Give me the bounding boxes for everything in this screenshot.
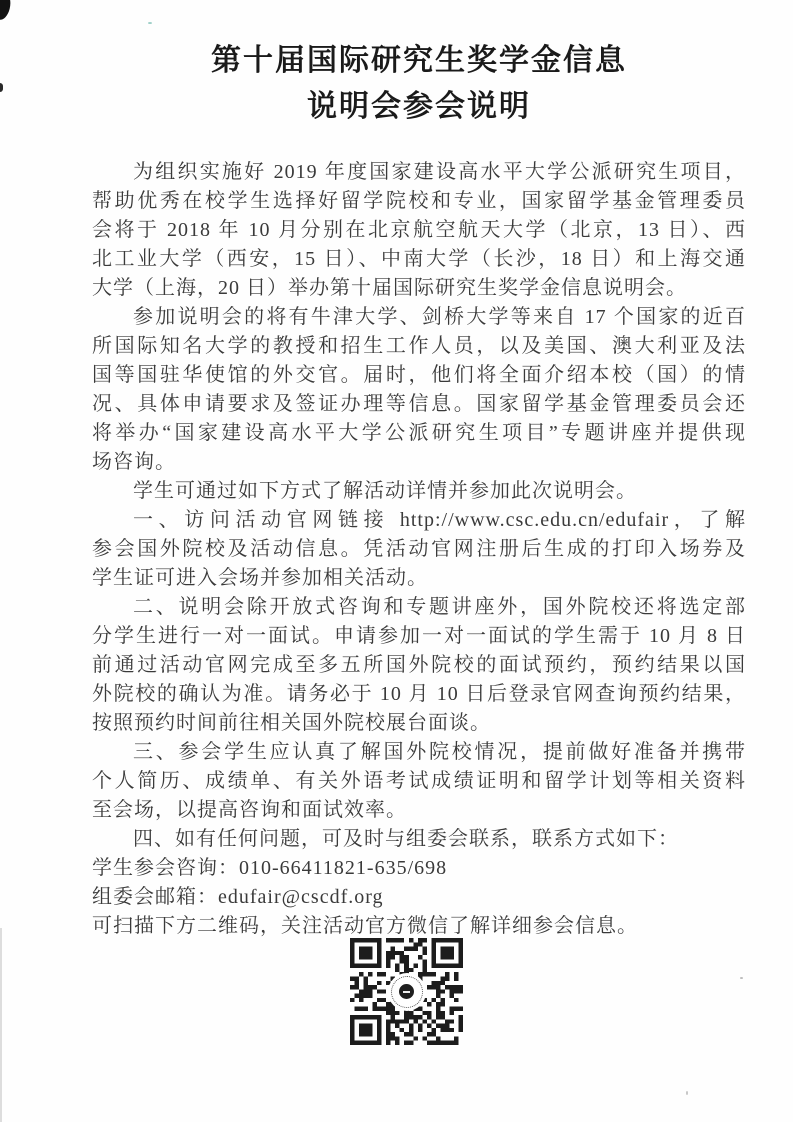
text-line: 会将于 2018 年 10 月分别在北京航空航天大学（北京，13 日）、西 — [92, 216, 746, 245]
text-line: 参加说明会的将有牛津大学、剑桥大学等来自 17 个国家的近百 — [92, 303, 746, 332]
text-line: 学生可通过如下方式了解活动详情并参加此次说明会。 — [92, 477, 746, 506]
text-line: 参会国外院校及活动信息。凭活动官网注册后生成的打印入场券及 — [92, 535, 746, 564]
scan-speck — [148, 22, 152, 24]
text-line: 一、访问活动官网链接 http://www.csc.edu.cn/edufair… — [92, 506, 746, 535]
scan-speck — [686, 1091, 688, 1095]
text-line: 国等国驻华使馆的外交官。届时，他们将全面介绍本校（国）的情 — [92, 361, 746, 390]
text-line: 前通过活动官网完成至多五所国外院校的面试预约，预约结果以国 — [92, 651, 746, 680]
text-line: 分学生进行一对一面试。申请参加一对一面试的学生需于 10 月 8 日 — [92, 622, 746, 651]
text-line: 北工业大学（西安，15 日）、中南大学（长沙，18 日）和上海交通 — [92, 245, 746, 274]
scan-artifact-edge — [0, 83, 3, 92]
page-title: 第十届国际研究生奖学金信息 说明会参会说明 — [92, 38, 746, 130]
text-line: 况、具体申请要求及签证办理等信息。国家留学基金管理委员会还 — [92, 390, 746, 419]
qr-logo-seal — [399, 984, 414, 999]
text-line: 大学（上海，20 日）举办第十届国际研究生奖学金信息说明会。 — [92, 274, 746, 303]
text-line: 外院校的确认为准。请务必于 10 月 10 日后登录官网查询预约结果， — [92, 680, 746, 709]
document-body: 为组织实施好 2019 年度国家建设高水平大学公派研究生项目，帮助优秀在校学生选… — [92, 158, 746, 941]
text-line: 学生证可进入会场并参加相关活动。 — [92, 564, 746, 593]
scanned-document-page: 第十届国际研究生奖学金信息 说明会参会说明 为组织实施好 2019 年度国家建设… — [0, 0, 793, 1122]
text-line: 按照预约时间前往相关国外院校展台面谈。 — [92, 709, 746, 738]
scan-edge-shadow — [0, 928, 2, 1122]
text-line: 为组织实施好 2019 年度国家建设高水平大学公派研究生项目， — [92, 158, 746, 187]
text-line: 场咨询。 — [92, 448, 746, 477]
qr-center-logo — [388, 973, 426, 1011]
scan-speck — [740, 977, 743, 979]
text-line: 帮助优秀在校学生选择好留学院校和专业，国家留学基金管理委员 — [92, 187, 746, 216]
page-title-line-2: 说明会参会说明 — [92, 84, 746, 130]
text-line: 四、如有任何问题，可及时与组委会联系，联系方式如下： — [92, 825, 746, 854]
text-line: 将举办“国家建设高水平大学公派研究生项目”专题讲座并提供现 — [92, 419, 746, 448]
text-line: 学生参会咨询：010-66411821-635/698 — [92, 854, 746, 883]
text-line: 三、参会学生应认真了解国外院校情况，提前做好准备并携带 — [92, 738, 746, 767]
wechat-qr-code — [350, 938, 463, 1045]
text-line: 所国际知名大学的教授和招生工作人员，以及美国、澳大利亚及法 — [92, 332, 746, 361]
text-line: 可扫描下方二维码，关注活动官方微信了解详细参会信息。 — [92, 912, 746, 941]
text-line: 组委会邮箱：edufair@cscdf.org — [92, 883, 746, 912]
qr-logo-seal-mark — [403, 991, 410, 993]
text-line: 至会场，以提高咨询和面试效率。 — [92, 796, 746, 825]
text-line: 二、说明会除开放式咨询和专题讲座外，国外院校还将选定部 — [92, 593, 746, 622]
scan-artifact-corner — [0, 0, 13, 21]
page-title-line-1: 第十届国际研究生奖学金信息 — [92, 38, 746, 84]
text-line: 个人简历、成绩单、有关外语考试成绩证明和留学计划等相关资料 — [92, 767, 746, 796]
